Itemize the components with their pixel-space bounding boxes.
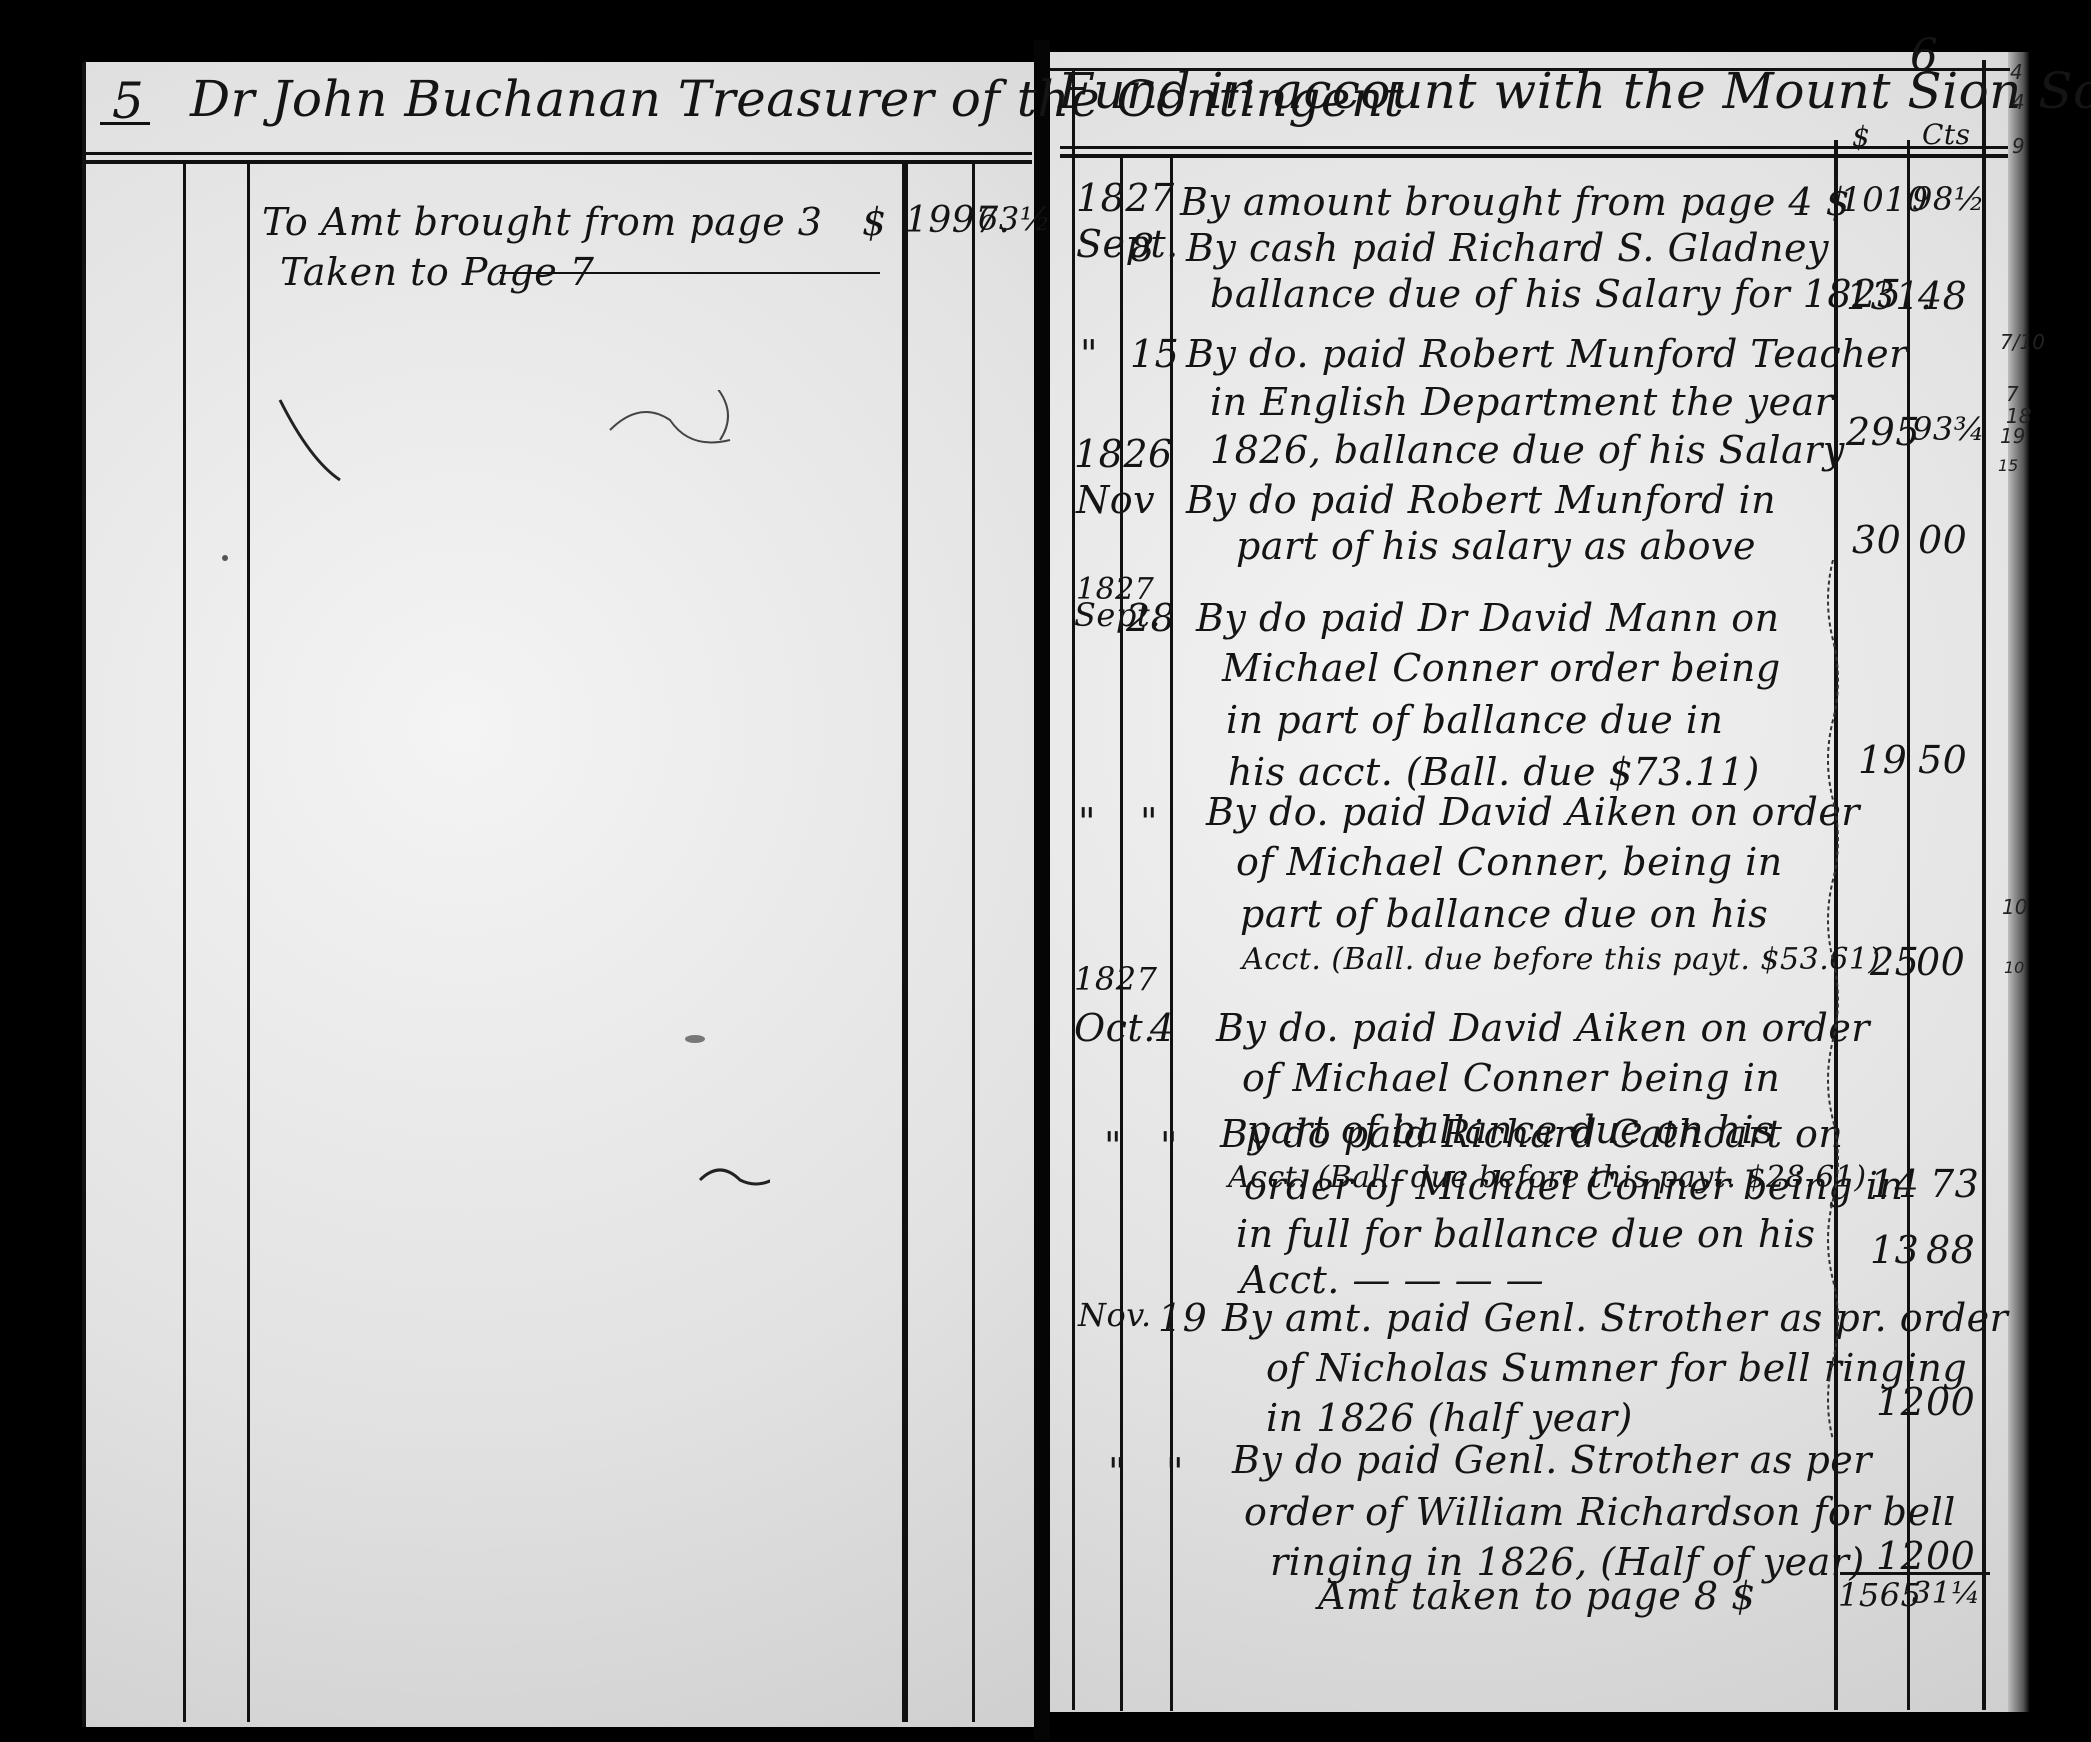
entry-7-line-3: in full for ballance due on his [1236,1212,1816,1256]
entry-3-line-2: part of his salary as above [1236,524,1756,568]
entry-9-line-1: By do paid Genl. Strother as per [1232,1438,1872,1482]
entry-5-dollars: 25 [1870,940,1919,984]
entry-8-line-3: in 1826 (half year) [1266,1396,1633,1440]
stray-ink-marks [270,390,770,1190]
entry-2-day: 15 [1130,332,1179,376]
entry-3-dollars: 30 [1852,518,1901,562]
total-rule [1840,1572,1990,1575]
left-entry-leader-line [500,272,880,274]
entry-3-year: 1826 [1074,432,1173,476]
margin-note: 7/10 [2000,330,2045,354]
margin-note: 10 [2002,895,2027,919]
left-page-border [82,62,86,1727]
left-col-rule-2 [247,162,250,1722]
entry-5-cents: 00 [1916,940,1965,984]
entry-2-line-1: By do. paid Robert Munford Teacher [1186,332,1908,376]
header-rule [82,152,1032,155]
entry-4-line-3: in part of ballance due in [1226,698,1723,742]
page-edge-shadow [2008,52,2030,1712]
left-dollar-rule [902,162,908,1722]
entry-5-day: " [1140,800,1158,844]
entry-5-line-1: By do. paid David Aiken on order [1206,790,1860,834]
margin-note: 15 [1998,456,2018,475]
entry-7-line-1: By do paid Richard Cathcart on [1220,1112,1843,1156]
book-spine [1034,40,1050,1740]
entry-1-cents: 48 [1918,274,1967,318]
entry-8-dollars: 12 [1876,1380,1925,1424]
entry-2-dollars: 295 [1846,410,1920,454]
left-cents-rule [972,162,975,1722]
entry-4-line-2: Michael Conner order being [1222,646,1781,690]
dollar-column-header: $ [1852,120,1870,153]
entry-7-line-2: order of Michael Conner being in [1244,1164,1903,1208]
entry-5-line-2: of Michael Conner, being in [1236,840,1783,884]
right-header-double-rule [1060,154,2008,158]
right-outer-rule [1982,60,1986,1710]
entry-1-line-2: ballance due of his Salary for 1825 [1210,272,1901,316]
entry-4-line-4: his acct. (Ball. due $73.11) [1228,750,1760,794]
left-entry-cents: 63½ [978,200,1051,238]
left-entry-currency: $ [862,200,887,244]
entry-8-line-1: By amt. paid Genl. Strother as pr. order [1222,1296,2008,1340]
entry-1-line-1: By cash paid Richard S. Gladney [1186,226,1829,270]
entry-4-cents: 50 [1918,738,1967,782]
entry-2-line-2: in English Department the year [1210,380,1833,424]
entry-8-cents: 00 [1926,1380,1975,1424]
right-page-inner-border [1072,70,1075,1710]
entry-7-dollars: 13 [1870,1228,1919,1272]
entry-6-year: 1827 [1074,960,1157,998]
margin-note: 4 [2010,60,2023,84]
entry-6-line-1: By do. paid David Aiken on order [1216,1006,1870,1050]
entry-2-month: " [1080,332,1098,376]
entry-0-year: 1827 [1076,176,1175,220]
entry-8-month: Nov. [1078,1296,1152,1334]
entry-0-cents: 98½ [1912,180,1985,218]
header-double-rule [82,160,1032,164]
left-col-rule-1 [183,162,186,1722]
entry-8-day: 19 [1158,1296,1207,1340]
entry-7-day: " [1160,1124,1178,1168]
entry-9-month: " [1108,1450,1126,1494]
entry-6-month: Oct. [1074,1006,1156,1050]
entry-3-cents: 00 [1918,518,1967,562]
entry-2-cents: 93¾ [1912,410,1985,448]
entry-0-line-1: By amount brought from page 4 $ [1180,180,1850,224]
entry-3-month: Nov [1076,478,1155,522]
entry-1-month: Sept. [1076,222,1179,266]
entry-9-line-2: order of William Richardson for bell [1244,1490,1956,1534]
margin-note: 4 [2012,90,2025,114]
entry-5-line-3: part of ballance due on his [1240,892,1768,936]
entry-5-line-4: Acct. (Ball. due before this payt. $53.6… [1242,942,1881,977]
left-entry-line-1: To Amt brought from page 3 [262,200,822,244]
entry-4-line-1: By do paid Dr David Mann on [1196,596,1780,640]
ink-spot [222,555,228,561]
entry-7-cents: 88 [1926,1228,1975,1272]
entry-4-dollars: 19 [1858,738,1907,782]
margin-note: 19 [2000,424,2025,448]
entry-6-line-2: of Michael Conner being in [1242,1056,1780,1100]
entry-5-month: " [1078,800,1096,844]
total-cents: 31¼ [1912,1576,1981,1611]
margin-note: 7 [2006,382,2019,406]
entry-7-month: " [1104,1124,1122,1168]
entry-9-day: " [1166,1450,1184,1494]
entry-8-line-2: of Nicholas Sumner for bell ringing [1266,1346,1967,1390]
entry-2-line-3: 1826, ballance due of his Salary [1210,428,1845,472]
bracket-scrollwork [1818,560,1848,1480]
entry-6-day: 4 [1150,1006,1175,1050]
total-label: Amt taken to page 8 $ [1318,1574,1756,1618]
entry-1-day: 8 [1130,226,1155,270]
ink-smudge [685,1035,705,1043]
entry-6-cents: 73 [1930,1162,1979,1206]
cents-column-header: Cts [1922,118,1971,151]
margin-note: 9 [2012,134,2025,158]
entry-3-line-1: By do paid Robert Munford in [1186,478,1776,522]
margin-note: 10 [2004,958,2024,977]
folio-underline [100,122,150,125]
entry-4-day: 28 [1126,596,1175,640]
total-dollars: 1565 [1838,1576,1921,1614]
right-folio-number: 6 [1910,30,1939,81]
